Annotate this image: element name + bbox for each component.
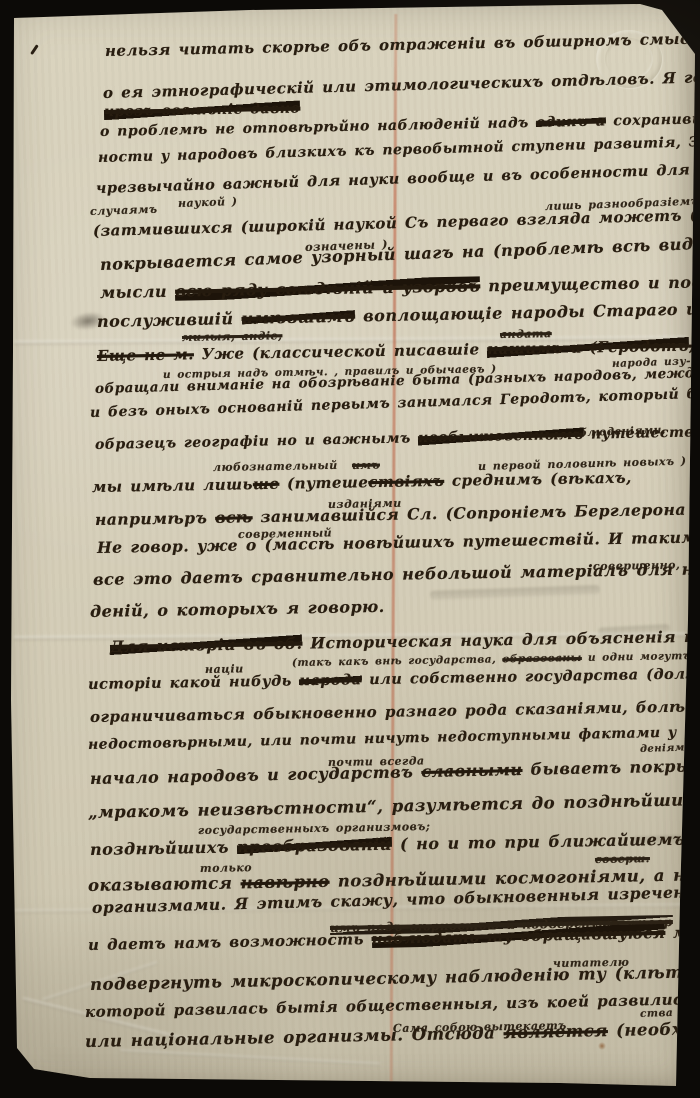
handwritten-line: деній, о которыхъ я говорю. — [90, 597, 385, 621]
text-run: среднимъ (вѣкахъ, — [444, 469, 632, 490]
struck-text-run: нашимъ и (Геродотъ — [487, 337, 689, 359]
text-run: мы имѣли лишь — [92, 475, 253, 496]
struck-text-run: чрезъ оволѣніе давно — [104, 101, 301, 120]
struck-text-run: преобразованій — [237, 835, 392, 857]
struck-text-run: необыкновеннымъ — [418, 427, 584, 446]
text-run: воплощающіе народы Стараго и Новаго Свѣт… — [355, 296, 700, 326]
handwritten-line: подвергнуть микроскопическому наблюденію… — [90, 961, 700, 994]
handwritten-line: мы имѣли лишьше (путешествіяхъ среднимъ … — [92, 469, 632, 496]
text-run: Не говор. уже о (массѣ новѣйшихъ путешес… — [97, 526, 700, 557]
scan-backdrop: нельзя читать скорѣе объ отраженіи въ об… — [0, 0, 700, 1098]
text-run: и одни могутъ ), — [582, 650, 700, 664]
text-run: или національные организмы. Отсюда — [85, 1023, 504, 1051]
manuscript-paper: нельзя читать скорѣе объ отраженіи въ об… — [0, 0, 700, 1098]
text-run: „мракомъ неизвѣстности“, разумѣется до п… — [88, 787, 700, 822]
struck-text-run: Для исторіи въ об. — [110, 634, 303, 656]
text-run: сохранившемъ образо- — [606, 109, 700, 129]
interlinear-insertion: имъ — [352, 459, 380, 472]
text-run: начало народовъ и государствъ — [90, 762, 422, 788]
interlinear-insertion: случаямъ — [90, 203, 158, 218]
text-run: исторіи какой нибудь — [88, 672, 300, 693]
text-run: все это даетъ сравнительно небольшой мат… — [93, 557, 700, 589]
text-run: бываетъ покрыто тою наз. — [522, 754, 700, 779]
text-run: оказываются — [88, 873, 241, 895]
text-run: и даетъ намъ возможность — [88, 930, 372, 954]
handwritten-line: образецъ географіи но и важнымъ необыкно… — [95, 420, 700, 453]
struck-text-run: ше — [253, 475, 280, 493]
text-run: послужившій — [97, 309, 242, 331]
paper-wrinkle — [120, 1049, 380, 1066]
interlinear-insertion: наукой ) — [178, 195, 238, 210]
interlinear-insertion: милыя, андіе, — [182, 329, 283, 344]
interlinear-insertion: деніями — [640, 742, 693, 755]
struck-text-run: ствіяхъ — [368, 472, 444, 491]
text-run: о ея этнографическій или этимологических… — [103, 67, 700, 102]
text-run: Уже (классической писавшіе — [194, 340, 488, 363]
text-run: многому — [665, 922, 700, 942]
text-run: недостовѣрными, или почти ничуть недосту… — [88, 721, 700, 753]
struck-text-run: милыя, андіе, — [182, 329, 283, 344]
text-run: (путеше — [279, 473, 368, 493]
handwritten-line: чрезъ оволѣніе давно — [104, 101, 301, 120]
handwritten-line: послужившій имѣвшимъ воплощающіе народы … — [97, 296, 700, 331]
struck-text-run: всѣ — [215, 507, 253, 527]
struck-text-run: является — [503, 1021, 608, 1042]
text-run: преимущество и пособіе — [480, 272, 700, 296]
struck-text-run: имъ — [352, 459, 380, 472]
text-run: деній, о которыхъ я говорю. — [90, 597, 385, 621]
struck-text-run: соверш. — [595, 852, 650, 866]
text-run: путешественникомъ—(Во всѣхъ — [583, 420, 700, 442]
struck-text-run: славными — [421, 760, 523, 781]
text-run: мысли — [100, 282, 175, 302]
ink-showthrough-smear — [430, 585, 600, 600]
struck-text-run: всю ряду свѣдѣній и узоровъ — [175, 276, 480, 300]
handwritten-line: ограничиваться обыкновенно разнаго рода … — [90, 695, 700, 726]
text-run: (необходимость — [608, 1017, 700, 1040]
text-run: образецъ географіи но и важнымъ — [95, 430, 418, 453]
fox-spot — [598, 1042, 606, 1050]
interlinear-insertion: любознательный — [213, 459, 338, 474]
handwritten-line: о ея этнографическій или этимологических… — [103, 67, 700, 102]
struck-text-run: образованы — [502, 652, 582, 665]
struck-text-run: навѣрно — [240, 872, 329, 893]
handwritten-line: „мракомъ неизвѣстности“, разумѣется до п… — [88, 787, 700, 822]
struck-text-run: единъ и — [536, 113, 606, 130]
text-run: позднѣйшихъ — [90, 837, 237, 859]
struck-text-run: Еще не м. — [97, 345, 194, 365]
text-run: (такъ какъ внѣ государства, — [292, 653, 503, 669]
struck-text-run: , нѣтъ д. — [689, 335, 700, 355]
text-run: занимавшійся Сл. (Сопроніемъ Берглерона … — [252, 498, 700, 527]
text-run: случаямъ — [90, 203, 158, 218]
handwritten-line: мысли всю ряду свѣдѣній и узоровъ преиму… — [100, 272, 700, 302]
interlinear-insertion: соверш. — [595, 852, 650, 866]
pen-tick-mark — [30, 44, 38, 55]
text-run: любознательный — [213, 459, 338, 474]
handwritten-line: все это даетъ сравнительно небольшой мат… — [93, 557, 700, 589]
text-run: ства — [640, 1007, 674, 1020]
handwritten-line: недостовѣрными, или почти ничуть недосту… — [88, 721, 700, 753]
interlinear-insertion: ства — [640, 1007, 674, 1020]
text-run: ограничиваться обыкновенно разнаго рода … — [90, 695, 700, 726]
text-run: напримѣръ — [95, 508, 216, 529]
text-run: деніями — [640, 742, 693, 755]
struck-text-run: народа — [299, 671, 362, 689]
text-run: Историческая наука для объясненія первоб… — [302, 624, 700, 652]
handwritten-line: Не говор. уже о (массѣ новѣйшихъ путешес… — [97, 526, 700, 557]
text-run: подвергнуть микроскопическому наблюденію… — [90, 961, 700, 994]
text-run: наукой ) — [178, 195, 238, 210]
text-run: ( но и то при ближайшемъ разсмотрѣ- — [392, 827, 700, 853]
struck-text-run: имѣвшимъ — [241, 307, 355, 328]
